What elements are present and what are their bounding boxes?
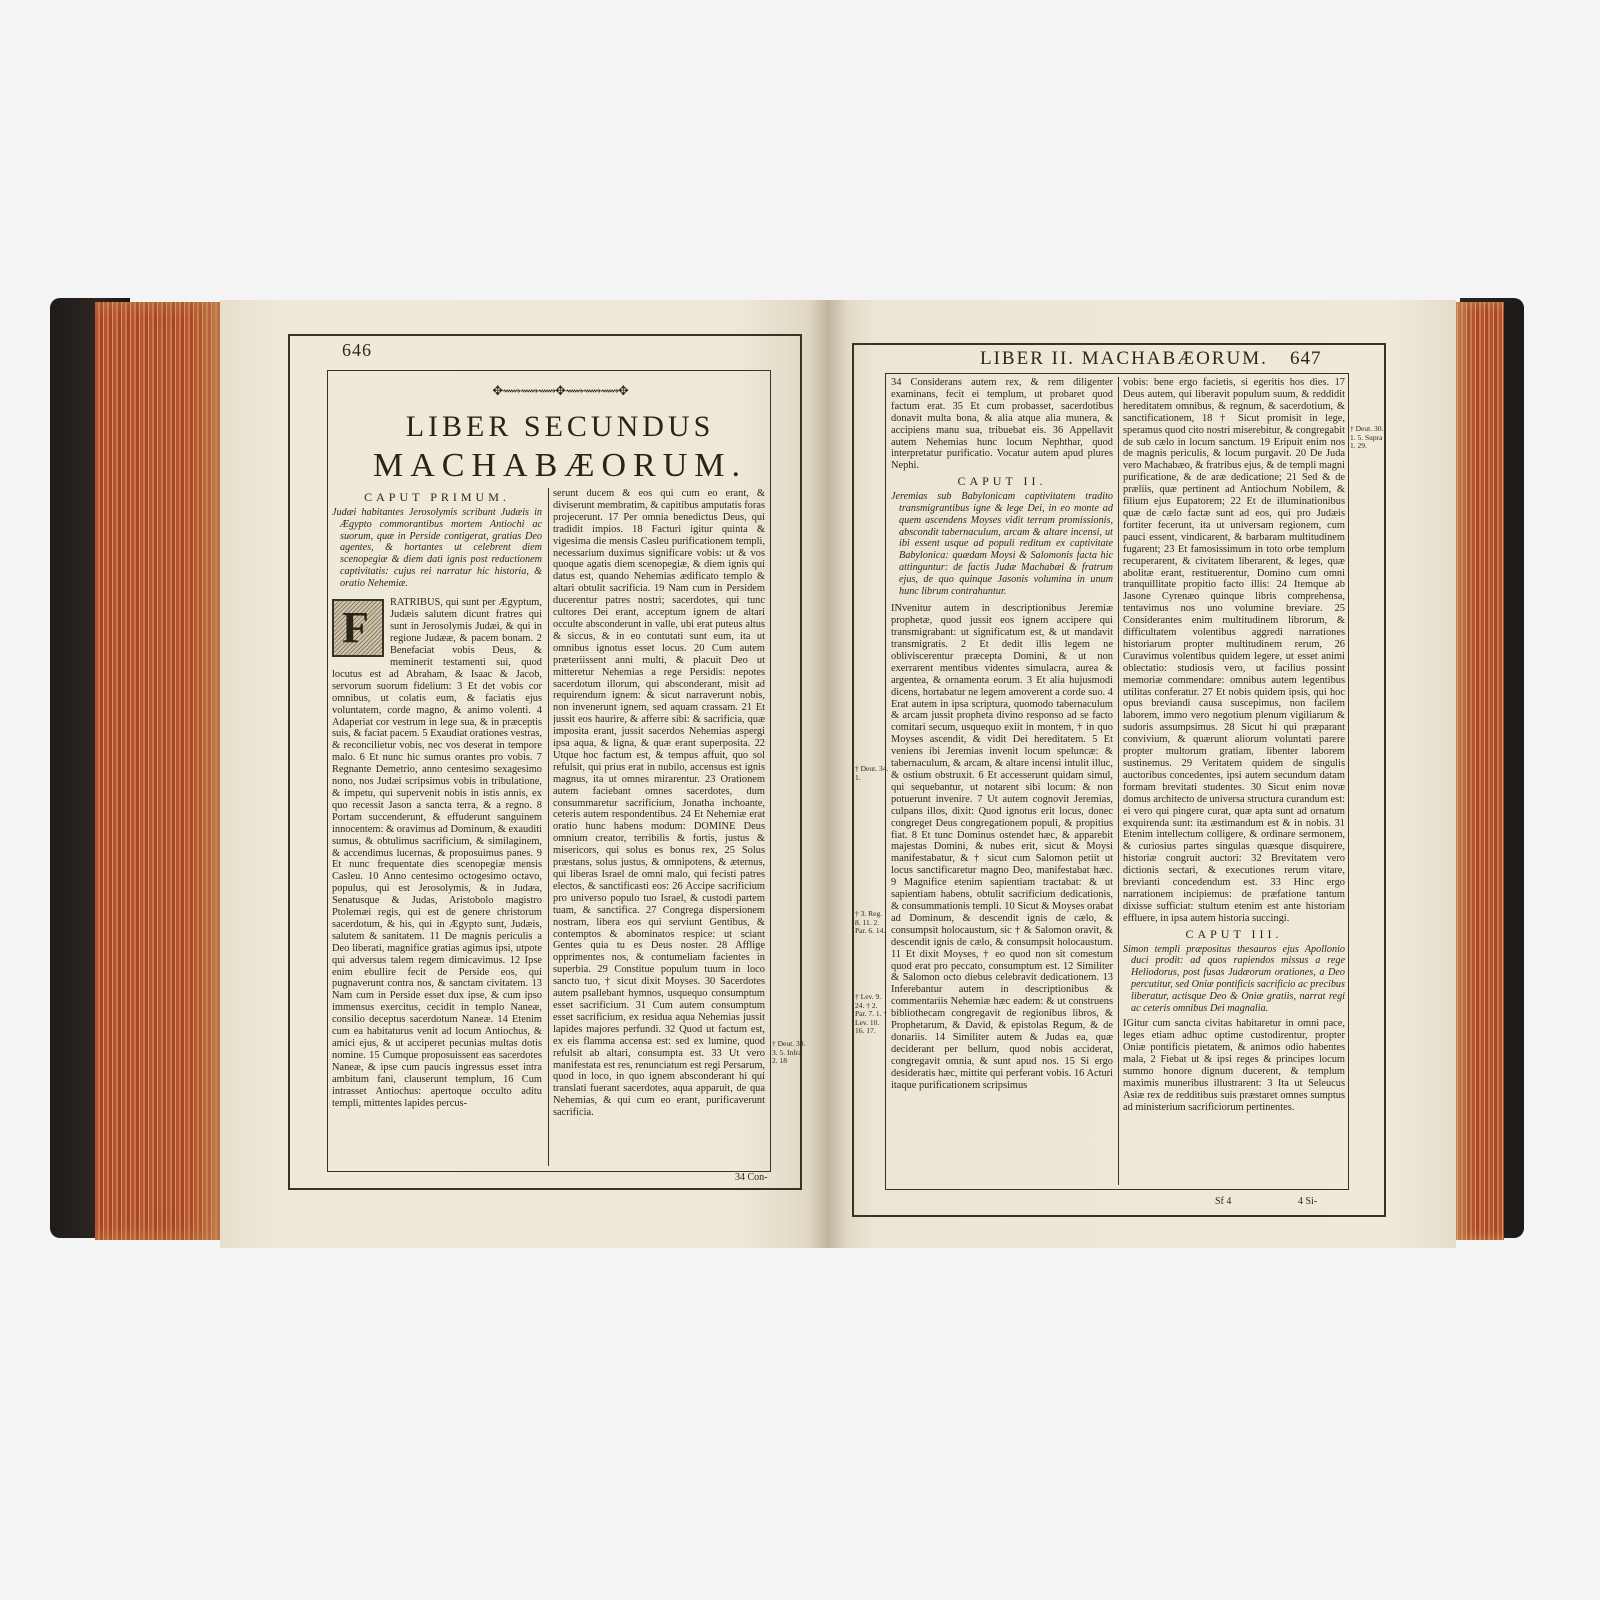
column-rule: [548, 488, 549, 1166]
verse-text: 34 Considerans autem rex, & rem diligent…: [891, 377, 1113, 472]
right-column-1: 34 Considerans autem rex, & rem diligent…: [891, 377, 1113, 1185]
chapter-heading: CAPUT III.: [1123, 929, 1345, 941]
book-gutter: [808, 300, 848, 1248]
chapter-heading: CAPUT PRIMUM.: [332, 492, 542, 504]
verse-text: RATRIBUS, qui sunt per Ægyptum, Judæis s…: [332, 597, 542, 1109]
page-edges-left: [95, 302, 225, 1240]
verse-text: INvenitur autem in descriptionibus Jerem…: [891, 603, 1113, 1091]
chapter-heading: CAPUT II.: [891, 476, 1113, 488]
catchword: 34 Con-: [735, 1172, 768, 1183]
book-title-line2: MACHABÆORUM.: [330, 447, 790, 485]
decorated-initial: F: [332, 599, 384, 657]
margin-reference: † Deut. 30. 1. 5. Supra 1. 29.: [1350, 425, 1384, 451]
catchword: 4 Si-: [1298, 1196, 1317, 1207]
chapter-summary: Jeremias sub Babylonicam captivitatem tr…: [891, 491, 1113, 597]
margin-reference: † Lev. 9. 24. † 2. Par. 7. 1. † Lev. 10.…: [855, 993, 889, 1036]
chapter-summary: Judæi habitantes Jerosolymis scribunt Ju…: [332, 507, 542, 590]
verse-text: vobis: bene ergo facietis, si egeritis h…: [1123, 377, 1345, 925]
headpiece-ornament: ✥⟿⟿⟿✥⟿⟿⟿✥: [345, 383, 775, 397]
margin-reference: † Deut. 34. 1.: [855, 765, 889, 782]
column-rule: [1118, 377, 1119, 1185]
left-page-number: 646: [342, 340, 372, 361]
left-column-2: serunt ducem & eos qui cum eo erant, & d…: [553, 488, 765, 1168]
right-page-number: 647: [1290, 348, 1322, 370]
chapter-summary: Simon templi præpositus thesauros ejus A…: [1123, 944, 1345, 1015]
signature-mark: Sf 4: [1215, 1196, 1231, 1207]
verse-text: IGitur cum sancta civitas habitaretur in…: [1123, 1018, 1345, 1113]
verse-text: serunt ducem & eos qui cum eo erant, & d…: [553, 488, 765, 1119]
running-head: LIBER II. MACHABÆORUM.: [980, 348, 1268, 370]
margin-reference: † 3. Reg. 8. 11. 2. Par. 6. 14.: [855, 910, 889, 936]
margin-reference: † Deut. 30. 3. 5. Infra 2. 18: [772, 1040, 806, 1066]
book-title-line1: LIBER SECUNDUS: [330, 410, 790, 444]
page-edges-right: [1452, 302, 1504, 1240]
right-column-2: vobis: bene ergo facietis, si egeritis h…: [1123, 377, 1345, 1185]
left-column-1: CAPUT PRIMUM. Judæi habitantes Jerosolym…: [332, 488, 542, 1168]
